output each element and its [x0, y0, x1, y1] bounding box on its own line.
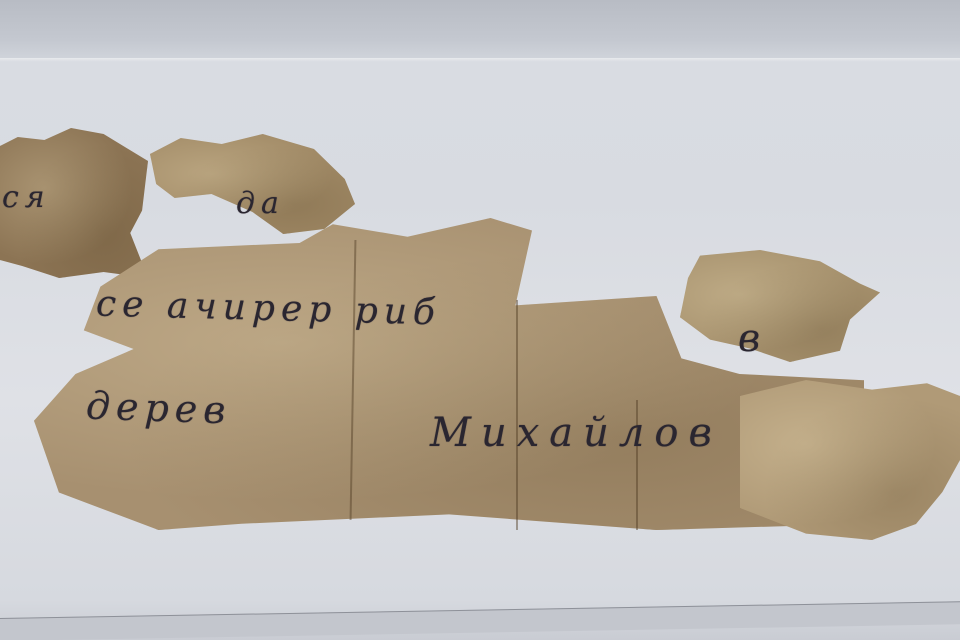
paper-fold-line — [0, 58, 960, 62]
handwriting-name: Михайлов — [430, 410, 722, 456]
handwriting-line1-right: да — [236, 186, 285, 221]
handwriting-line3-start: дерев — [85, 383, 232, 432]
handwriting-line1-left: ся — [2, 180, 51, 215]
handwriting-line2-end: в — [738, 316, 766, 360]
